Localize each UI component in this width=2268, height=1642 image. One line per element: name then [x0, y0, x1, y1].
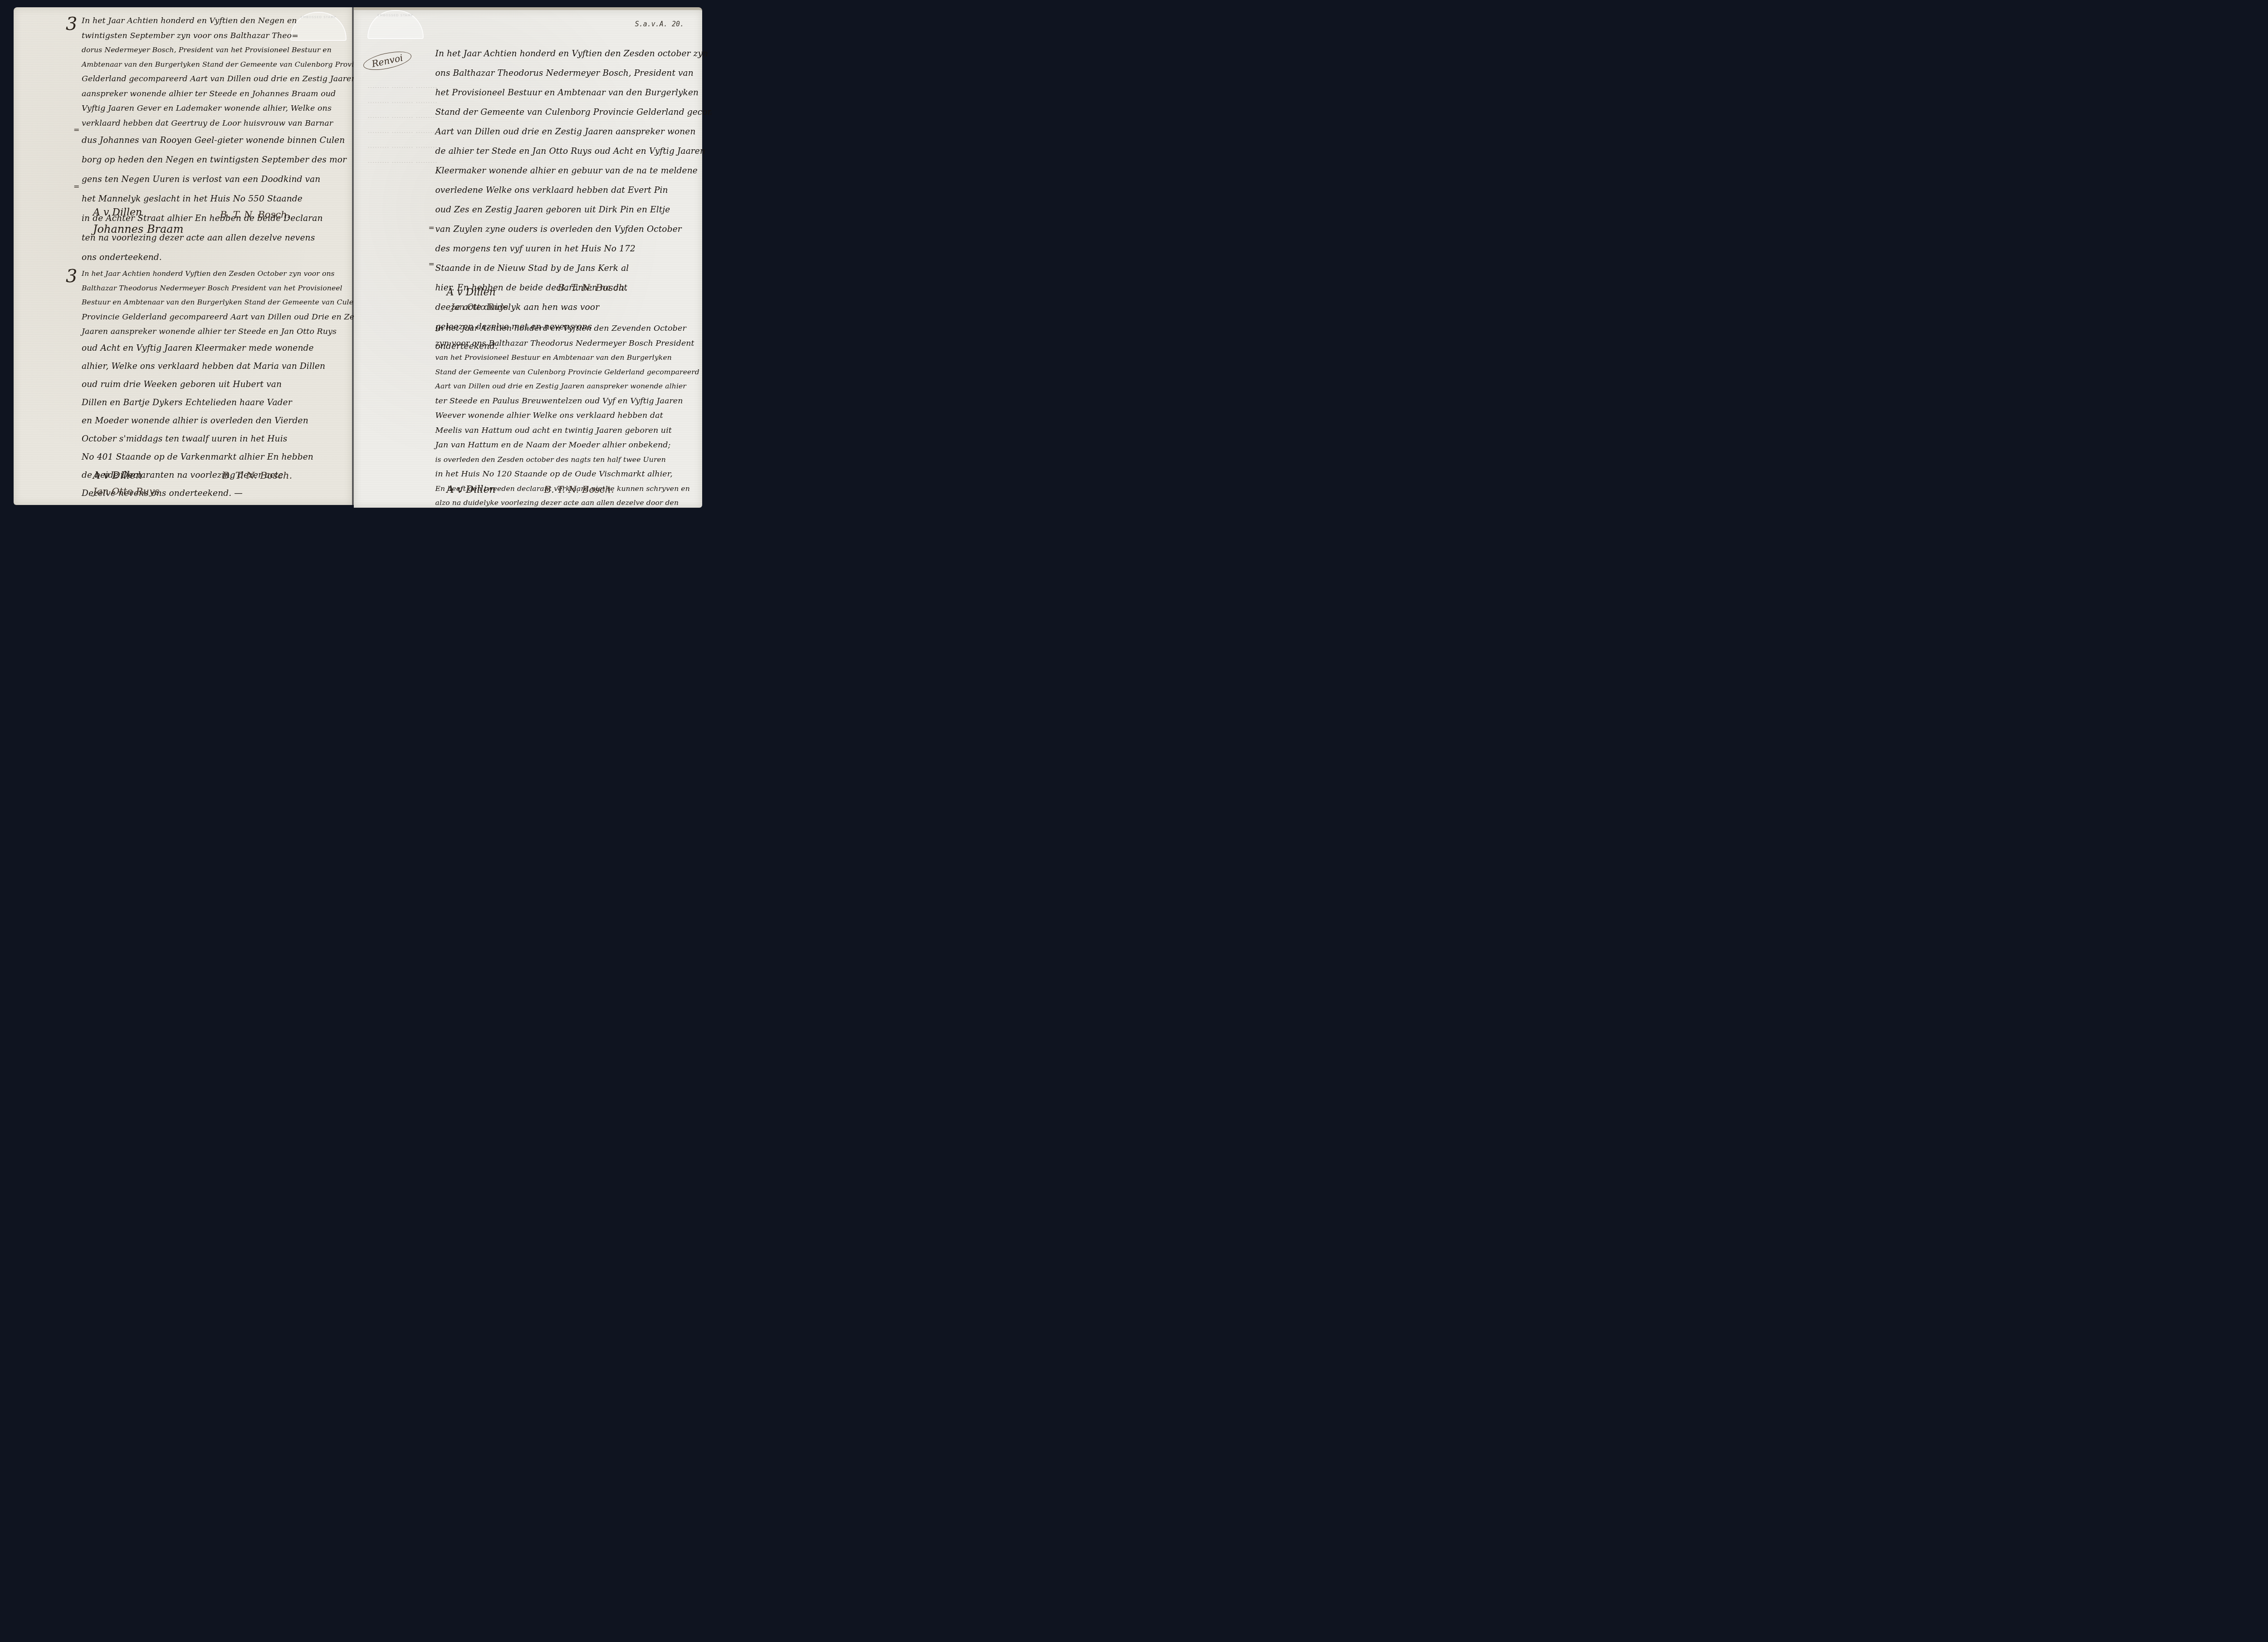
entry-right-2: In het Jaar Achtien honderd en Vyftien d… [435, 321, 699, 510]
text-line: des morgens ten vyf uuren in het Huis No… [435, 239, 711, 259]
margin-tick: = [429, 260, 435, 268]
text-line: In het Jaar Achtien honderd Vyftien den … [82, 267, 375, 281]
text-line: In het Jaar Achtien honderd en Vyftien d… [82, 14, 369, 29]
signature-bosch: B. T. N. Bosch. [558, 282, 628, 293]
text-line: is overleden den Zesden october des nagt… [435, 453, 699, 467]
signature-bosch: B. T. N. Bosch. [544, 484, 614, 495]
text-line: aanspreker wonende alhier ter Steede en … [82, 87, 369, 102]
signature-ruys: Jan Otto Ruys [93, 486, 160, 497]
text-line: Bestuur en Ambtenaar van den Burgerlyken… [82, 295, 375, 310]
text-line: oud Zes en Zestig Jaaren geboren uit Dir… [435, 200, 711, 220]
text-line: In het Jaar Achtien honderd en Vyftien d… [435, 321, 699, 336]
embossed-seal: EMBOSSED STAMP [367, 10, 424, 39]
text-line: en Moeder wonende alhier is overleden de… [82, 412, 375, 430]
text-line: ons Balthazar Theodorus Nedermeyer Bosch… [435, 64, 711, 83]
signature-dillen: A v Dillen [447, 287, 496, 298]
text-line: Gelderland gecompareerd Aart van Dillen … [82, 72, 369, 87]
margin-tick: = [73, 182, 79, 191]
text-line: Jan van Hattum en de Naam der Moeder alh… [435, 438, 699, 453]
text-line: ons onderteekend. [82, 248, 369, 267]
signature-dillen: A v Dillen [93, 207, 142, 218]
text-line: Kleermaker wonende alhier en gebuur van … [435, 161, 711, 181]
signature-bosch: B. T. N. Bosch. [220, 209, 290, 220]
text-line: Jaaren aanspreker wonende alhier ter Ste… [82, 324, 375, 339]
text-line: van het Provisioneel Bestuur en Ambtenaa… [435, 351, 699, 365]
entry-marker-2: 3 [66, 266, 77, 287]
margin-tick: = [73, 125, 79, 134]
text-line: Meelis van Hattum oud acht en twintig Ja… [435, 423, 699, 438]
text-line: oud ruim drie Weeken geboren uit Hubert … [82, 376, 375, 394]
text-line: Weever wonende alhier Welke ons verklaar… [435, 408, 699, 423]
text-line: Stand der Gemeente van Culenborg Provinc… [435, 365, 699, 380]
text-line: in het Huis No 120 Staande op de Oude Vi… [435, 467, 699, 482]
signature-bosch: B. T. N. Bosch. [222, 470, 292, 481]
text-line: twintigsten September zyn voor ons Balth… [82, 29, 369, 44]
text-line: van Zuylen zyne ouders is overleden den … [435, 220, 711, 239]
text-line: oud Acht en Vyftig Jaaren Kleermaker med… [82, 339, 375, 358]
signature-dillen: A v Dillen [93, 470, 142, 481]
entry-marker-1: 3 [66, 14, 77, 34]
text-line: Aart van Dillen oud drie en Zestig Jaare… [435, 122, 711, 142]
signature-braam: Johannes Braam [93, 223, 183, 235]
text-line: dus Johannes van Rooyen Geel-gieter wone… [82, 131, 369, 150]
text-line: Dillen en Bartje Dykers Echtelieden haar… [82, 394, 375, 412]
text-line: Vyftig Jaaren Gever en Lademaker wonende… [82, 101, 369, 116]
text-line: overledene Welke ons verklaard hebben da… [435, 181, 711, 200]
text-line: Stand der Gemeente van Culenborg Provinc… [435, 103, 711, 122]
text-line: dorus Nedermeyer Bosch, President van he… [82, 43, 369, 58]
folio-number: S.a.v.A. 20. [635, 20, 684, 28]
text-line: verklaard hebben dat Geertruy de Loor hu… [82, 116, 369, 131]
entry-left-2: In het Jaar Achtien honderd Vyftien den … [82, 267, 375, 503]
text-line: ter Steede en Paulus Breuwentelzen oud V… [435, 394, 699, 409]
open-ledger: EMBOSSED STAMP 3 In het Jaar Achtien hon… [14, 7, 702, 505]
text-line: In het Jaar Achtien honderd en Vyftien d… [435, 44, 711, 64]
text-line: alzo na duidelyke voorlezing dezer acte … [435, 496, 699, 510]
text-line: borg op heden den Negen en twintigsten S… [82, 150, 369, 170]
bleed-through-text: ……… ……… ……………… ……… ……………… ……… ……………… ………… [367, 78, 437, 168]
signature-ruys: Jan Otto Ruys [451, 303, 508, 312]
text-line: het Provisioneel Bestuur en Ambtenaar va… [435, 83, 711, 103]
text-line: het Mannelyk geslacht in het Huis No 550… [82, 189, 369, 209]
text-line: No 401 Staande op de Varkenmarkt alhier … [82, 448, 375, 466]
left-page: EMBOSSED STAMP 3 In het Jaar Achtien hon… [14, 7, 352, 505]
text-line: eersten declarant alleen nevens ons onde… [435, 510, 699, 511]
text-line: alhier, Welke ons verklaard hebben dat M… [82, 358, 375, 376]
margin-annotation-renvoi: Renvoi [362, 48, 412, 74]
text-line: Balthazar Theodorus Nedermeyer Bosch Pre… [82, 281, 375, 296]
right-page: S.a.v.A. 20. EMBOSSED STAMP Renvoi ……… …… [354, 7, 702, 508]
text-line: Aart van Dillen oud drie en Zestig Jaare… [435, 379, 699, 394]
text-line: Provincie Gelderland gecompareerd Aart v… [82, 310, 375, 325]
text-line: Staande in de Nieuw Stad by de Jans Kerk… [435, 259, 711, 278]
text-line: October s'middags ten twaalf uuren in he… [82, 430, 375, 448]
text-line: gens ten Negen Uuren is verlost van een … [82, 170, 369, 189]
text-line: de alhier ter Stede en Jan Otto Ruys oud… [435, 142, 711, 161]
text-line: zyn voor ons Balthazar Theodorus Nederme… [435, 336, 699, 351]
signature-dillen: A v Dillen [447, 484, 496, 495]
margin-tick: = [429, 223, 435, 232]
text-line: Ambtenaar van den Burgerlyken Stand der … [82, 58, 369, 72]
